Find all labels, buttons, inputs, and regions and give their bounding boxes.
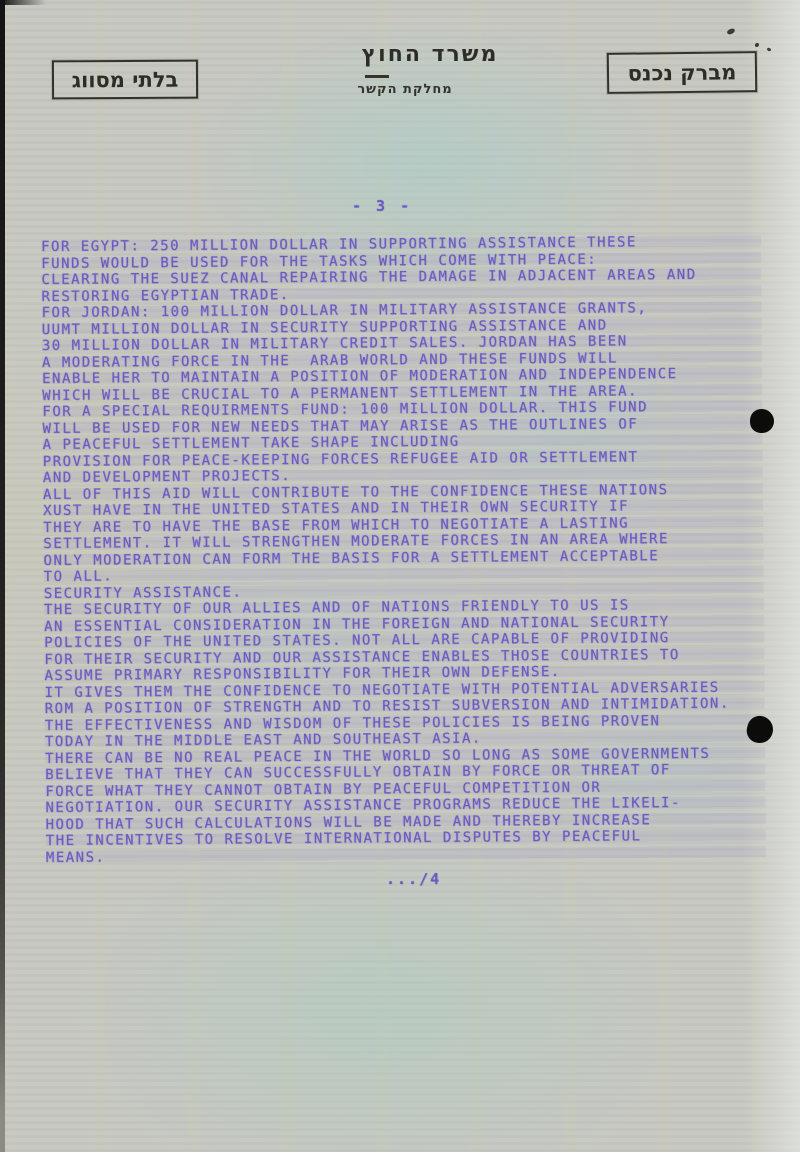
incoming-telegram-stamp: מברק נכנס — [607, 51, 757, 94]
ink-speck — [726, 28, 735, 35]
continuation-page-marker: .../4 — [386, 870, 441, 888]
page-number: - 3 - — [352, 197, 412, 215]
unclassified-stamp: בלתי מסווג — [52, 60, 198, 100]
scan-edge-top — [0, 0, 46, 5]
telegram-body-text: FOR EGYPT: 250 MILLION DOLLAR IN SUPPORT… — [41, 233, 766, 866]
scanned-telegram-page: מברק נכנס בלתי מסווג משרד החוץ מחלקת הקש… — [0, 0, 800, 1152]
ministry-title: משרד החוץ — [330, 42, 530, 67]
scan-edge-left — [0, 0, 5, 1152]
punch-hole — [750, 409, 774, 433]
title-underline — [365, 75, 389, 78]
department-subtitle: מחלקת הקשר — [330, 82, 480, 97]
